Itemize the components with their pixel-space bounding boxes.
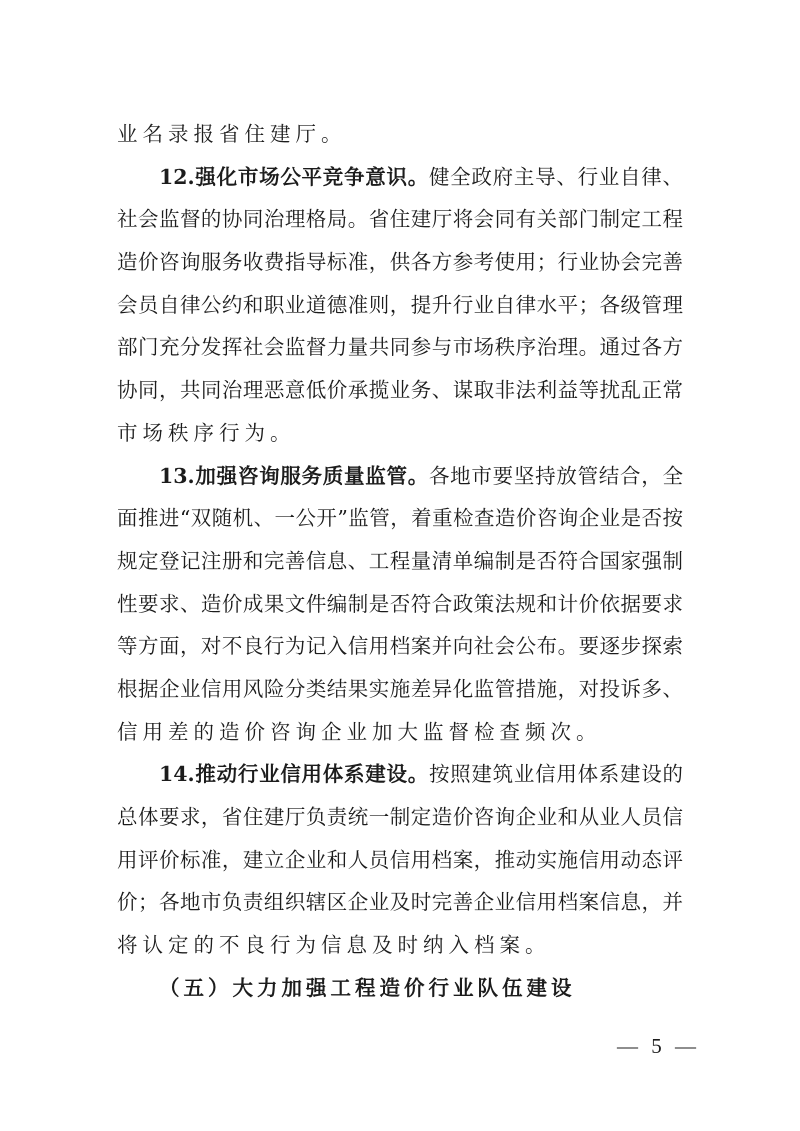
section-13-first-line: 13.加强咨询服务质量监管。各地市要坚持放管结合，全 bbox=[117, 455, 683, 498]
section-12-title: 12.强化市场公平竞争意识。 bbox=[159, 165, 429, 189]
section-13-title: 13.加强咨询服务质量监管。 bbox=[159, 464, 429, 488]
page-number: — 5 — bbox=[617, 1034, 700, 1059]
section-heading-5: （五）大力加强工程造价行业队伍建设 bbox=[117, 967, 683, 1010]
section-12-first-line: 12.强化市场公平竞争意识。健全政府主导、行业自律、 bbox=[117, 156, 683, 199]
paragraph-line: 造价咨询服务收费指导标准，供各方参考使用；行业协会完善 bbox=[117, 241, 683, 284]
paragraph-line: 总体要求，省住建厅负责统一制定造价咨询企业和从业人员信 bbox=[117, 796, 683, 839]
paragraph-text: 按照建筑业信用体系建设的 bbox=[429, 762, 683, 786]
paragraph-line: 根据企业信用风险分类结果实施差异化监管措施，对投诉多、 bbox=[117, 668, 683, 711]
paragraph-line: 将认定的不良行为信息及时纳入档案。 bbox=[117, 924, 683, 967]
paragraph-line: 等方面，对不良行为记入信用档案并向社会公布。要逐步探索 bbox=[117, 625, 683, 668]
paragraph-line: 会员自律公约和职业道德准则，提升行业自律水平；各级管理 bbox=[117, 284, 683, 327]
paragraph-line: 部门充分发挥社会监督力量共同参与市场秩序治理。通过各方 bbox=[117, 326, 683, 369]
section-14-first-line: 14.推动行业信用体系建设。按照建筑业信用体系建设的 bbox=[117, 753, 683, 796]
paragraph-line: 用评价标准，建立企业和人员信用档案，推动实施信用动态评 bbox=[117, 839, 683, 882]
document-body: 业名录报省住建厅。 12.强化市场公平竞争意识。健全政府主导、行业自律、 社会监… bbox=[117, 113, 683, 1009]
paragraph-line: 信用差的造价咨询企业加大监督检查频次。 bbox=[117, 711, 683, 754]
paragraph-line: 价；各地市负责组织辖区企业及时完善企业信用档案信息，并 bbox=[117, 881, 683, 924]
paragraph-text: 健全政府主导、行业自律、 bbox=[429, 165, 683, 189]
paragraph-line: 市场秩序行为。 bbox=[117, 412, 683, 455]
paragraph-line: 规定登记注册和完善信息、工程量清单编制是否符合国家强制 bbox=[117, 540, 683, 583]
paragraph-line: 业名录报省住建厅。 bbox=[117, 113, 683, 156]
document-page: 业名录报省住建厅。 12.强化市场公平竞争意识。健全政府主导、行业自律、 社会监… bbox=[0, 0, 800, 1131]
section-14-title: 14.推动行业信用体系建设。 bbox=[159, 762, 429, 786]
paragraph-line: 社会监督的协同治理格局。省住建厅将会同有关部门制定工程 bbox=[117, 198, 683, 241]
paragraph-line: 性要求、造价成果文件编制是否符合政策法规和计价依据要求 bbox=[117, 583, 683, 626]
paragraph-line: 面推进“双随机、一公开”监管，着重检查造价咨询企业是否按 bbox=[117, 497, 683, 540]
paragraph-line: 协同，共同治理恶意低价承揽业务、谋取非法利益等扰乱正常 bbox=[117, 369, 683, 412]
paragraph-text: 各地市要坚持放管结合，全 bbox=[429, 464, 683, 488]
